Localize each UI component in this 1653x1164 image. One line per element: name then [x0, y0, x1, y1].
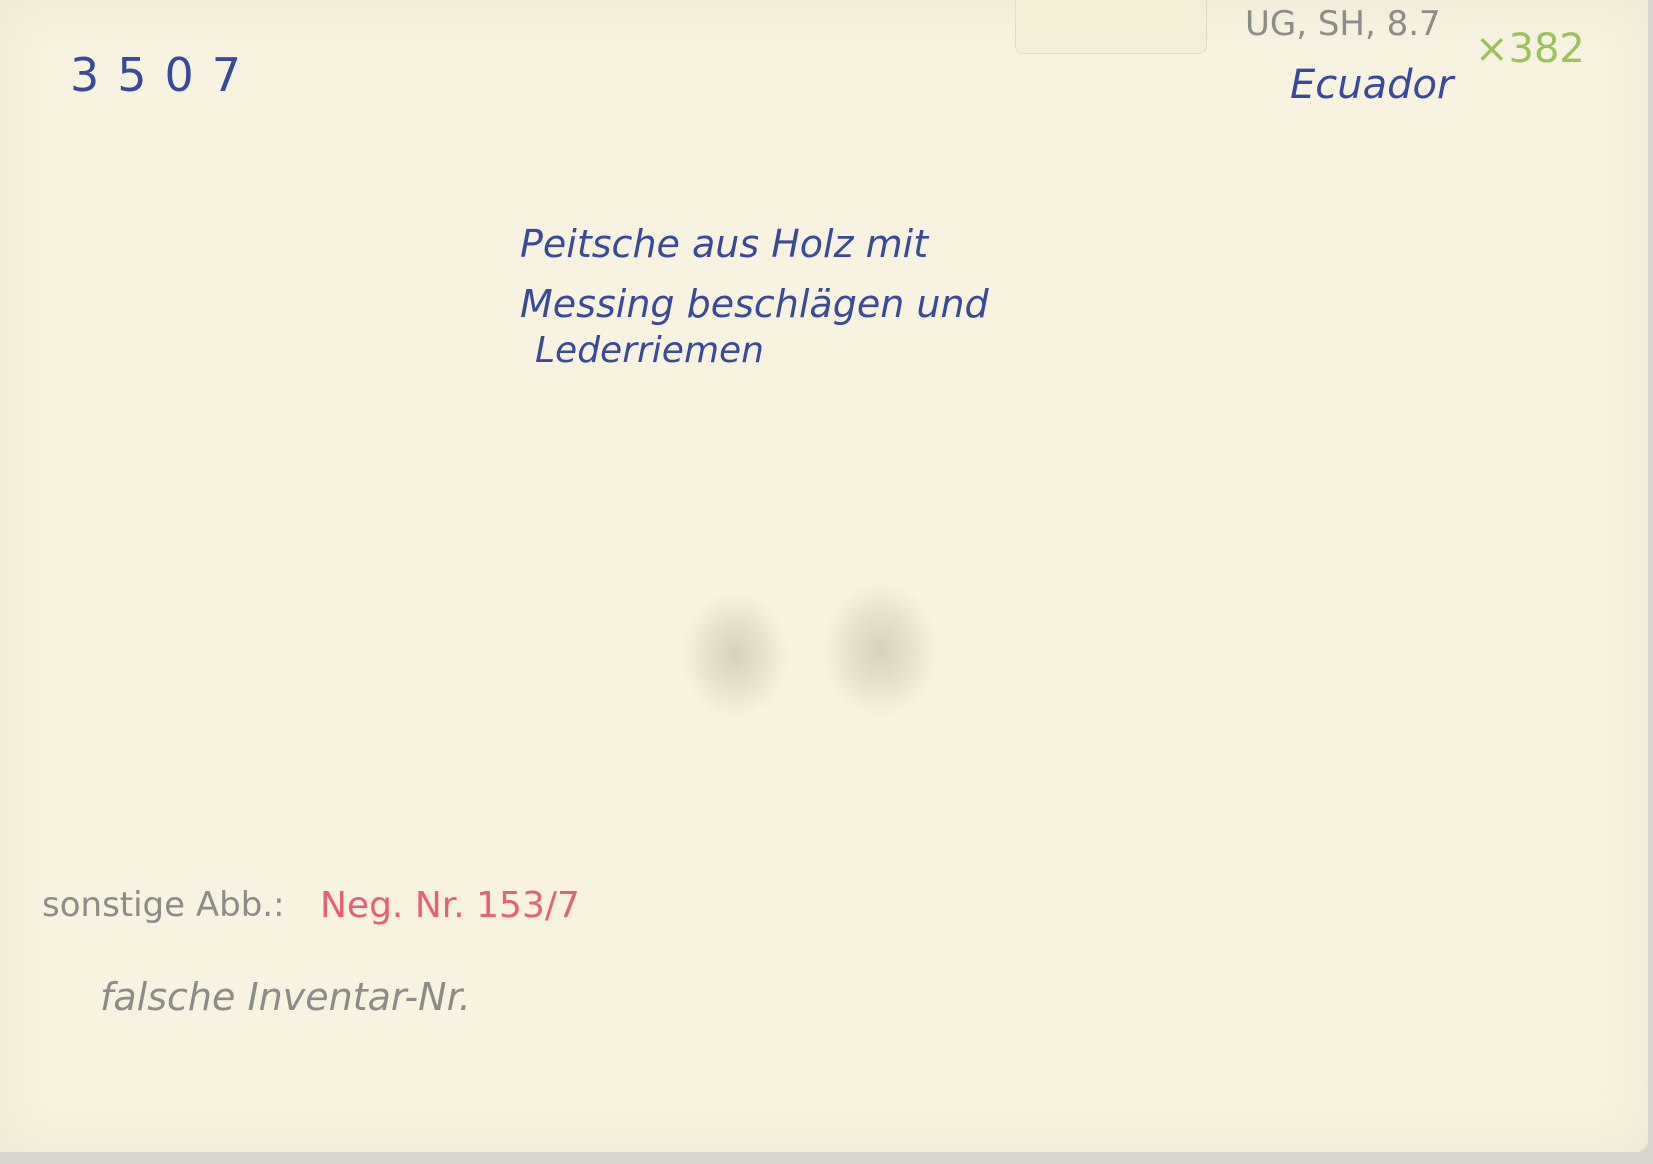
card-tab	[1015, 0, 1207, 54]
green-mark: ×382	[1475, 26, 1585, 72]
description-line-2: Messing beschlägen und	[520, 282, 989, 326]
classification-code: UG, SH, 8.7	[1245, 4, 1441, 44]
smudge-left	[680, 590, 790, 720]
smudge-right	[820, 580, 940, 720]
description-line-1: Peitsche aus Holz mit	[520, 222, 928, 266]
wrong-inventory-note: falsche Inventar-Nr.	[100, 975, 471, 1019]
other-images-label: sonstige Abb.:	[42, 885, 285, 925]
negative-number: Neg. Nr. 153/7	[320, 885, 580, 926]
inventory-number: 3507	[70, 48, 259, 102]
country-label: Ecuador	[1290, 62, 1453, 108]
description-line-3: Lederriemen	[535, 330, 764, 371]
archive-card: 3507 UG, SH, 8.7 ×382 Ecuador Peitsche a…	[0, 0, 1648, 1152]
